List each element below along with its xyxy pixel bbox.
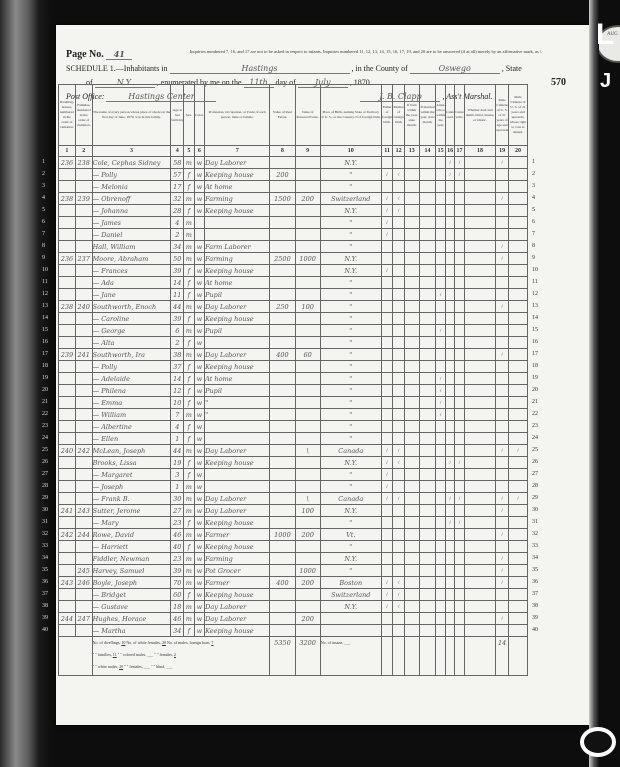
cell-real xyxy=(270,613,295,625)
cell-c18 xyxy=(464,205,496,217)
cell-c18 xyxy=(464,373,496,385)
cell-sex: f xyxy=(184,457,195,469)
cell-family: 237 xyxy=(75,253,92,265)
cell-family: 240 xyxy=(75,301,92,313)
line-number-left: 27 xyxy=(42,471,48,477)
cell-c19 xyxy=(496,265,509,277)
table-row: — Albertine4fw" xyxy=(59,421,528,433)
cell-sex: f xyxy=(184,433,195,445)
cell-occupation xyxy=(205,421,270,433)
column-number-2: 2 xyxy=(75,146,92,157)
column-number-19: 19 xyxy=(496,146,509,157)
line-number-left: 23 xyxy=(42,423,48,429)
cell-c18 xyxy=(464,433,496,445)
line-number-left: 22 xyxy=(42,411,48,417)
cell-birthplace: " xyxy=(320,217,381,229)
cell-c20 xyxy=(508,541,527,553)
cell-family xyxy=(75,517,92,529)
cell-c19 xyxy=(496,541,509,553)
table-row: — Alta2fw" xyxy=(59,337,528,349)
cell-birthplace: " xyxy=(320,337,381,349)
cell-personal: 60 xyxy=(295,349,320,361)
cell-personal xyxy=(295,421,320,433)
cell-c11 xyxy=(381,301,393,313)
cell-sex: m xyxy=(184,529,195,541)
cell-sex: m xyxy=(184,325,195,337)
cell-c13 xyxy=(404,217,419,229)
cell-age: 60 xyxy=(171,589,184,601)
cell-personal xyxy=(295,337,320,349)
cell-real xyxy=(270,277,295,289)
cell-c12 xyxy=(393,469,405,481)
table-row: — Frank B.30mwDay Laborer\Canada////// xyxy=(59,493,528,505)
cell-c15 xyxy=(436,421,445,433)
line-number-right: 22 xyxy=(532,411,538,417)
cell-c17 xyxy=(455,205,464,217)
cell-occupation: Day Laborer xyxy=(205,349,270,361)
column-header-20: Male Citizens of U. S. of 21 years and u… xyxy=(508,85,527,146)
cell-c18 xyxy=(464,577,496,589)
cell-family xyxy=(75,277,92,289)
cell-age: 1 xyxy=(171,481,184,493)
column-number-17: 17 xyxy=(455,146,464,157)
cell-c20 xyxy=(508,397,527,409)
cell-family: 246 xyxy=(75,577,92,589)
cell-c14 xyxy=(419,169,436,181)
table-row: — Emma10fw""/ xyxy=(59,397,528,409)
cell-c15 xyxy=(436,553,445,565)
stamp-number: 570 xyxy=(551,77,566,88)
cell-c16 xyxy=(445,289,454,301)
table-row: 245Harvey, Samuel39mwPot Grocer1000"/ xyxy=(59,565,528,577)
cell-dwelling xyxy=(59,457,76,469)
cell-c13 xyxy=(404,373,419,385)
cell-sex: m xyxy=(184,301,195,313)
cell-c17 xyxy=(455,253,464,265)
cell-family xyxy=(75,493,92,505)
cell-c14 xyxy=(419,541,436,553)
line-number-left: 29 xyxy=(42,495,48,501)
cell-c11: / xyxy=(381,589,393,601)
cell-sex: f xyxy=(184,589,195,601)
column-header-16: Cannot read. xyxy=(445,85,454,146)
cell-c20 xyxy=(508,241,527,253)
cell-family: 239 xyxy=(75,193,92,205)
cell-birthplace: Switzerland xyxy=(320,193,381,205)
cell-sex: m xyxy=(184,157,195,169)
cell-sex: f xyxy=(184,517,195,529)
column-header-7: Profession, Occupation, or Trade of each… xyxy=(205,85,270,146)
column-number-8: 8 xyxy=(270,146,295,157)
cell-age: 32 xyxy=(171,193,184,205)
cell-c14 xyxy=(419,325,436,337)
cell-c12 xyxy=(393,397,405,409)
summary-real-total: 5350 xyxy=(270,637,295,676)
cell-c16 xyxy=(445,601,454,613)
cell-c18 xyxy=(464,517,496,529)
cell-dwelling xyxy=(59,601,76,613)
cell-c17 xyxy=(455,421,464,433)
cell-personal xyxy=(295,373,320,385)
cell-c13 xyxy=(404,601,419,613)
cell-age: 39 xyxy=(171,565,184,577)
cell-c14 xyxy=(419,373,436,385)
cell-age: 2 xyxy=(171,337,184,349)
cell-real xyxy=(270,553,295,565)
cell-color: w xyxy=(194,541,205,553)
cell-birthplace: " xyxy=(320,409,381,421)
cell-color: w xyxy=(194,337,205,349)
cell-birthplace: " xyxy=(320,229,381,241)
cell-age: 12 xyxy=(171,385,184,397)
cell-name: Southworth, Ira xyxy=(92,349,171,361)
cell-c16 xyxy=(445,337,454,349)
cell-color: w xyxy=(194,181,205,193)
cell-c14 xyxy=(419,361,436,373)
cell-c14 xyxy=(419,289,436,301)
cell-c19 xyxy=(496,517,509,529)
cell-personal: 200 xyxy=(295,193,320,205)
cell-c17 xyxy=(455,265,464,277)
cell-c13 xyxy=(404,433,419,445)
cell-c14 xyxy=(419,157,436,169)
cell-real xyxy=(270,289,295,301)
cell-c16 xyxy=(445,241,454,253)
cell-c17 xyxy=(455,229,464,241)
line-number-left: 31 xyxy=(42,519,48,525)
line-number-left: 9 xyxy=(42,255,45,261)
cell-c19: / xyxy=(496,241,509,253)
cell-c16 xyxy=(445,277,454,289)
cell-c19: / xyxy=(496,553,509,565)
cell-c15 xyxy=(436,613,445,625)
cell-c20 xyxy=(508,205,527,217)
cell-personal: 1000 xyxy=(295,253,320,265)
cell-age: 23 xyxy=(171,553,184,565)
cell-c11 xyxy=(381,613,393,625)
cell-occupation: Keeping house xyxy=(205,625,270,637)
cell-c20 xyxy=(508,253,527,265)
cell-color: w xyxy=(194,253,205,265)
cell-c16 xyxy=(445,349,454,361)
cell-c13 xyxy=(404,181,419,193)
cell-sex: m xyxy=(184,493,195,505)
cell-c15 xyxy=(436,265,445,277)
line-number-right: 30 xyxy=(532,507,538,513)
cell-sex: f xyxy=(184,277,195,289)
table-row: 239241Southworth, Ira38mwDay Laborer4006… xyxy=(59,349,528,361)
cell-c17 xyxy=(455,433,464,445)
cell-sex: f xyxy=(184,169,195,181)
line-number-right: 7 xyxy=(532,231,535,237)
cell-c18 xyxy=(464,481,496,493)
cell-c17 xyxy=(455,577,464,589)
cell-color: w xyxy=(194,481,205,493)
cell-c20 xyxy=(508,373,527,385)
line-number-left: 33 xyxy=(42,543,48,549)
cell-family xyxy=(75,361,92,373)
cell-color: w xyxy=(194,517,205,529)
cell-c18 xyxy=(464,157,496,169)
cell-c14 xyxy=(419,433,436,445)
line-number-left: 19 xyxy=(42,375,48,381)
cell-c11 xyxy=(381,625,393,637)
table-row: — George6mwPupil"/ xyxy=(59,325,528,337)
cell-personal xyxy=(295,481,320,493)
summary-counts: No. of dwellings, 10 No. of white female… xyxy=(92,637,270,676)
line-number-right: 10 xyxy=(532,267,538,273)
line-number-left: 3 xyxy=(42,183,45,189)
cell-personal xyxy=(295,289,320,301)
cell-name: — Polly xyxy=(92,169,171,181)
cell-occupation: " xyxy=(205,409,270,421)
cell-c17 xyxy=(455,193,464,205)
cell-c20: / xyxy=(508,445,527,457)
column-header-15: Attended school within the year. xyxy=(436,85,445,146)
cell-c20 xyxy=(508,181,527,193)
column-header-13: If born within the year, state month. xyxy=(404,85,419,146)
cell-personal xyxy=(295,457,320,469)
summary-insane: No. of insane, ___ xyxy=(320,637,381,676)
cell-family: 244 xyxy=(75,529,92,541)
cell-birthplace: " xyxy=(320,349,381,361)
cell-family: 242 xyxy=(75,445,92,457)
cell-c18 xyxy=(464,469,496,481)
cell-dwelling xyxy=(59,217,76,229)
cell-name: Brooks, Lissa xyxy=(92,457,171,469)
cell-c13 xyxy=(404,577,419,589)
cell-c18 xyxy=(464,253,496,265)
cell-c19 xyxy=(496,625,509,637)
cell-family xyxy=(75,325,92,337)
cell-name: — Philena xyxy=(92,385,171,397)
cell-birthplace: " xyxy=(320,361,381,373)
inquiry-note: Inquiries numbered 7, 16, and 17 are not… xyxy=(166,49,566,55)
cell-dwelling: 241 xyxy=(59,505,76,517)
line-number-right: 33 xyxy=(532,543,538,549)
cell-c12 xyxy=(393,265,405,277)
cell-age: 50 xyxy=(171,253,184,265)
cell-real: 1500 xyxy=(270,193,295,205)
scan-left-margin: 1234567891011121314151617181920212223242… xyxy=(0,0,52,767)
cell-c14 xyxy=(419,253,436,265)
cell-c13 xyxy=(404,253,419,265)
table-row: 242244Rowe, David46mwFarmer1000200Vt./ xyxy=(59,529,528,541)
cell-c17 xyxy=(455,469,464,481)
cell-color: w xyxy=(194,577,205,589)
table-row: — Ellen1fw" xyxy=(59,433,528,445)
cell-occupation: Day Laborer xyxy=(205,301,270,313)
column-number-15: 15 xyxy=(436,146,445,157)
cell-c17: / xyxy=(455,517,464,529)
line-number-right: 9 xyxy=(532,255,535,261)
cell-c11: / xyxy=(381,469,393,481)
cell-age: 46 xyxy=(171,529,184,541)
cell-sex: f xyxy=(184,541,195,553)
cell-birthplace: N.Y. xyxy=(320,265,381,277)
cell-c14 xyxy=(419,421,436,433)
column-number-20: 20 xyxy=(508,146,527,157)
cell-c13 xyxy=(404,553,419,565)
cell-dwelling xyxy=(59,229,76,241)
film-marker-j: J xyxy=(600,70,611,93)
cell-color: w xyxy=(194,361,205,373)
cell-color xyxy=(194,229,205,241)
cell-c13 xyxy=(404,397,419,409)
cell-c19 xyxy=(496,205,509,217)
cell-c19: / xyxy=(496,505,509,517)
cell-c11 xyxy=(381,337,393,349)
cell-occupation: Pupil xyxy=(205,325,270,337)
cell-c15 xyxy=(436,361,445,373)
cell-c15 xyxy=(436,529,445,541)
line-number-left: 7 xyxy=(42,231,45,237)
cell-name: — Alta xyxy=(92,337,171,349)
cell-c12: / xyxy=(393,169,405,181)
cell-c16 xyxy=(445,265,454,277)
cell-c18 xyxy=(464,325,496,337)
cell-c20 xyxy=(508,565,527,577)
column-number-3: 3 xyxy=(92,146,171,157)
line-number-left: 39 xyxy=(42,615,48,621)
cell-age: 34 xyxy=(171,241,184,253)
cell-c13 xyxy=(404,469,419,481)
cell-c19 xyxy=(496,169,509,181)
cell-c12: / xyxy=(393,601,405,613)
cell-c15 xyxy=(436,193,445,205)
cell-personal: \ xyxy=(295,493,320,505)
cell-c12 xyxy=(393,529,405,541)
cell-c14 xyxy=(419,529,436,541)
cell-sex: m xyxy=(184,241,195,253)
cell-occupation: Farming xyxy=(205,553,270,565)
cell-c18 xyxy=(464,421,496,433)
page-number-value: 41 xyxy=(106,49,132,60)
cell-color: w xyxy=(194,493,205,505)
line-number-right: 39 xyxy=(532,615,538,621)
cell-c13 xyxy=(404,157,419,169)
cell-c16 xyxy=(445,577,454,589)
cell-c19 xyxy=(496,589,509,601)
cell-family xyxy=(75,373,92,385)
cell-c12: / xyxy=(393,577,405,589)
cell-name: Cole, Cephas Sidney xyxy=(92,157,171,169)
line-number-left: 11 xyxy=(42,279,48,285)
column-header-3: The name of every person whose place of … xyxy=(92,85,171,146)
line-number-left: 25 xyxy=(42,447,48,453)
cell-c12 xyxy=(393,337,405,349)
cell-c18 xyxy=(464,553,496,565)
cell-c14 xyxy=(419,205,436,217)
cell-name: — William xyxy=(92,409,171,421)
cell-c14 xyxy=(419,409,436,421)
cell-birthplace: N.Y. xyxy=(320,157,381,169)
cell-sex: f xyxy=(184,181,195,193)
cell-dwelling xyxy=(59,169,76,181)
line-number-right: 29 xyxy=(532,495,538,501)
cell-color: w xyxy=(194,397,205,409)
table-row: — Daniel2m"/ xyxy=(59,229,528,241)
cell-birthplace: N.Y. xyxy=(320,505,381,517)
cell-c17: / xyxy=(455,457,464,469)
cell-real xyxy=(270,337,295,349)
cell-c13 xyxy=(404,589,419,601)
cell-birthplace: " xyxy=(320,421,381,433)
cell-dwelling xyxy=(59,625,76,637)
table-row: — Frances39fwKeeping houseN.Y./ xyxy=(59,265,528,277)
cell-c12 xyxy=(393,217,405,229)
cell-c13 xyxy=(404,457,419,469)
cell-color: w xyxy=(194,457,205,469)
cell-name: — Margaret xyxy=(92,469,171,481)
line-number-left: 10 xyxy=(42,267,48,273)
cell-family xyxy=(75,169,92,181)
cell-occupation: At home xyxy=(205,181,270,193)
cell-c15 xyxy=(436,241,445,253)
cell-age: 44 xyxy=(171,445,184,457)
cell-real xyxy=(270,541,295,553)
cell-real xyxy=(270,445,295,457)
cell-occupation: Keeping house xyxy=(205,517,270,529)
cell-c15 xyxy=(436,277,445,289)
cell-personal xyxy=(295,169,320,181)
census-rows: 236238Cole, Cephas Sidney58mwDay Laborer… xyxy=(59,157,528,676)
cell-dwelling xyxy=(59,325,76,337)
cell-c15: / xyxy=(436,409,445,421)
cell-birthplace: " xyxy=(320,181,381,193)
line-number-right: 28 xyxy=(532,483,538,489)
cell-color: w xyxy=(194,529,205,541)
cell-occupation: Farming xyxy=(205,253,270,265)
cell-occupation xyxy=(205,469,270,481)
cell-sex: m xyxy=(184,601,195,613)
cell-birthplace: Switzerland xyxy=(320,589,381,601)
line-number-left: 15 xyxy=(42,327,48,333)
cell-real: 400 xyxy=(270,349,295,361)
cell-personal xyxy=(295,241,320,253)
line-number-right: 36 xyxy=(532,579,538,585)
cell-c15 xyxy=(436,157,445,169)
cell-dwelling: 244 xyxy=(59,613,76,625)
line-number-left: 14 xyxy=(42,315,48,321)
cell-c15 xyxy=(436,457,445,469)
cell-real xyxy=(270,421,295,433)
cell-c13 xyxy=(404,301,419,313)
cell-c13 xyxy=(404,337,419,349)
cell-c11 xyxy=(381,421,393,433)
cell-c17 xyxy=(455,589,464,601)
cell-age: 27 xyxy=(171,505,184,517)
cell-color xyxy=(194,217,205,229)
cell-name: — Harriett xyxy=(92,541,171,553)
cell-dwelling: 239 xyxy=(59,349,76,361)
cell-c19: / xyxy=(496,493,509,505)
line-number-left: 5 xyxy=(42,207,45,213)
cell-c11: / xyxy=(381,457,393,469)
cell-c19 xyxy=(496,409,509,421)
cell-c16 xyxy=(445,565,454,577)
cell-c15: / xyxy=(436,373,445,385)
cell-dwelling xyxy=(59,565,76,577)
cell-family: 241 xyxy=(75,349,92,361)
line-number-right: 37 xyxy=(532,591,538,597)
cell-c17 xyxy=(455,445,464,457)
cell-c18 xyxy=(464,313,496,325)
cell-c20 xyxy=(508,505,527,517)
cell-personal: 100 xyxy=(295,301,320,313)
cell-c17 xyxy=(455,529,464,541)
cell-birthplace: " xyxy=(320,301,381,313)
